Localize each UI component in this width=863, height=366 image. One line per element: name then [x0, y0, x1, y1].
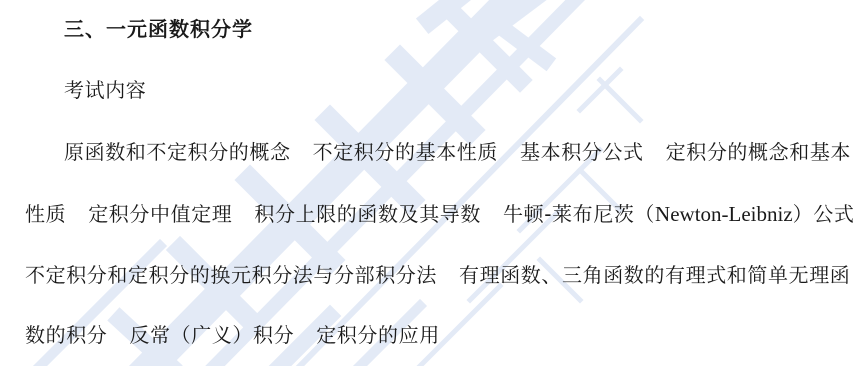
topic-improper-integrals: 反常（广义）积分 — [129, 323, 294, 347]
topic-properties-continued: 性质 — [25, 202, 66, 226]
topics-paragraph-line-2: 性质定积分中值定理积分上限的函数及其导数牛顿-莱布尼茨（Newton-Leibn… — [25, 202, 854, 226]
topic-rational-functions: 有理函数、三角函数的有理式和简单无理函 — [459, 263, 850, 287]
topic-indefinite-integral-properties: 不定积分的基本性质 — [313, 140, 498, 164]
topic-upper-limit-function: 积分上限的函数及其导数 — [254, 202, 481, 226]
topic-mean-value-theorem: 定积分中值定理 — [88, 202, 232, 226]
topics-paragraph-line-3: 不定积分和定积分的换元积分法与分部积分法有理函数、三角函数的有理式和简单无理函 — [25, 263, 850, 287]
topic-antiderivative-concept: 原函数和不定积分的概念 — [64, 140, 291, 164]
topics-paragraph-line-4: 数的积分反常（广义）积分定积分的应用 — [25, 323, 440, 347]
topic-definite-integral-concept: 定积分的概念和基本 — [666, 140, 851, 164]
topic-newton-leibniz-suffix: ）公式 — [793, 202, 855, 226]
topic-definite-integral-applications: 定积分的应用 — [316, 323, 440, 347]
topics-paragraph-line-1: 原函数和不定积分的概念不定积分的基本性质基本积分公式定积分的概念和基本 — [64, 140, 851, 164]
topic-rational-functions-continued: 数的积分 — [25, 323, 107, 347]
section-heading: 三、一元函数积分学 — [64, 17, 253, 41]
exam-content-label: 考试内容 — [64, 78, 146, 102]
document-page: 三、一元函数积分学 考试内容 原函数和不定积分的概念不定积分的基本性质基本积分公… — [0, 0, 863, 366]
topic-newton-leibniz-prefix: 牛顿-莱布尼茨（ — [503, 202, 655, 226]
topic-substitution-and-parts: 不定积分和定积分的换元积分法与分部积分法 — [25, 263, 437, 287]
topic-basic-integral-formulas: 基本积分公式 — [520, 140, 644, 164]
topic-newton-leibniz-latin: Newton-Leibniz — [655, 202, 793, 226]
